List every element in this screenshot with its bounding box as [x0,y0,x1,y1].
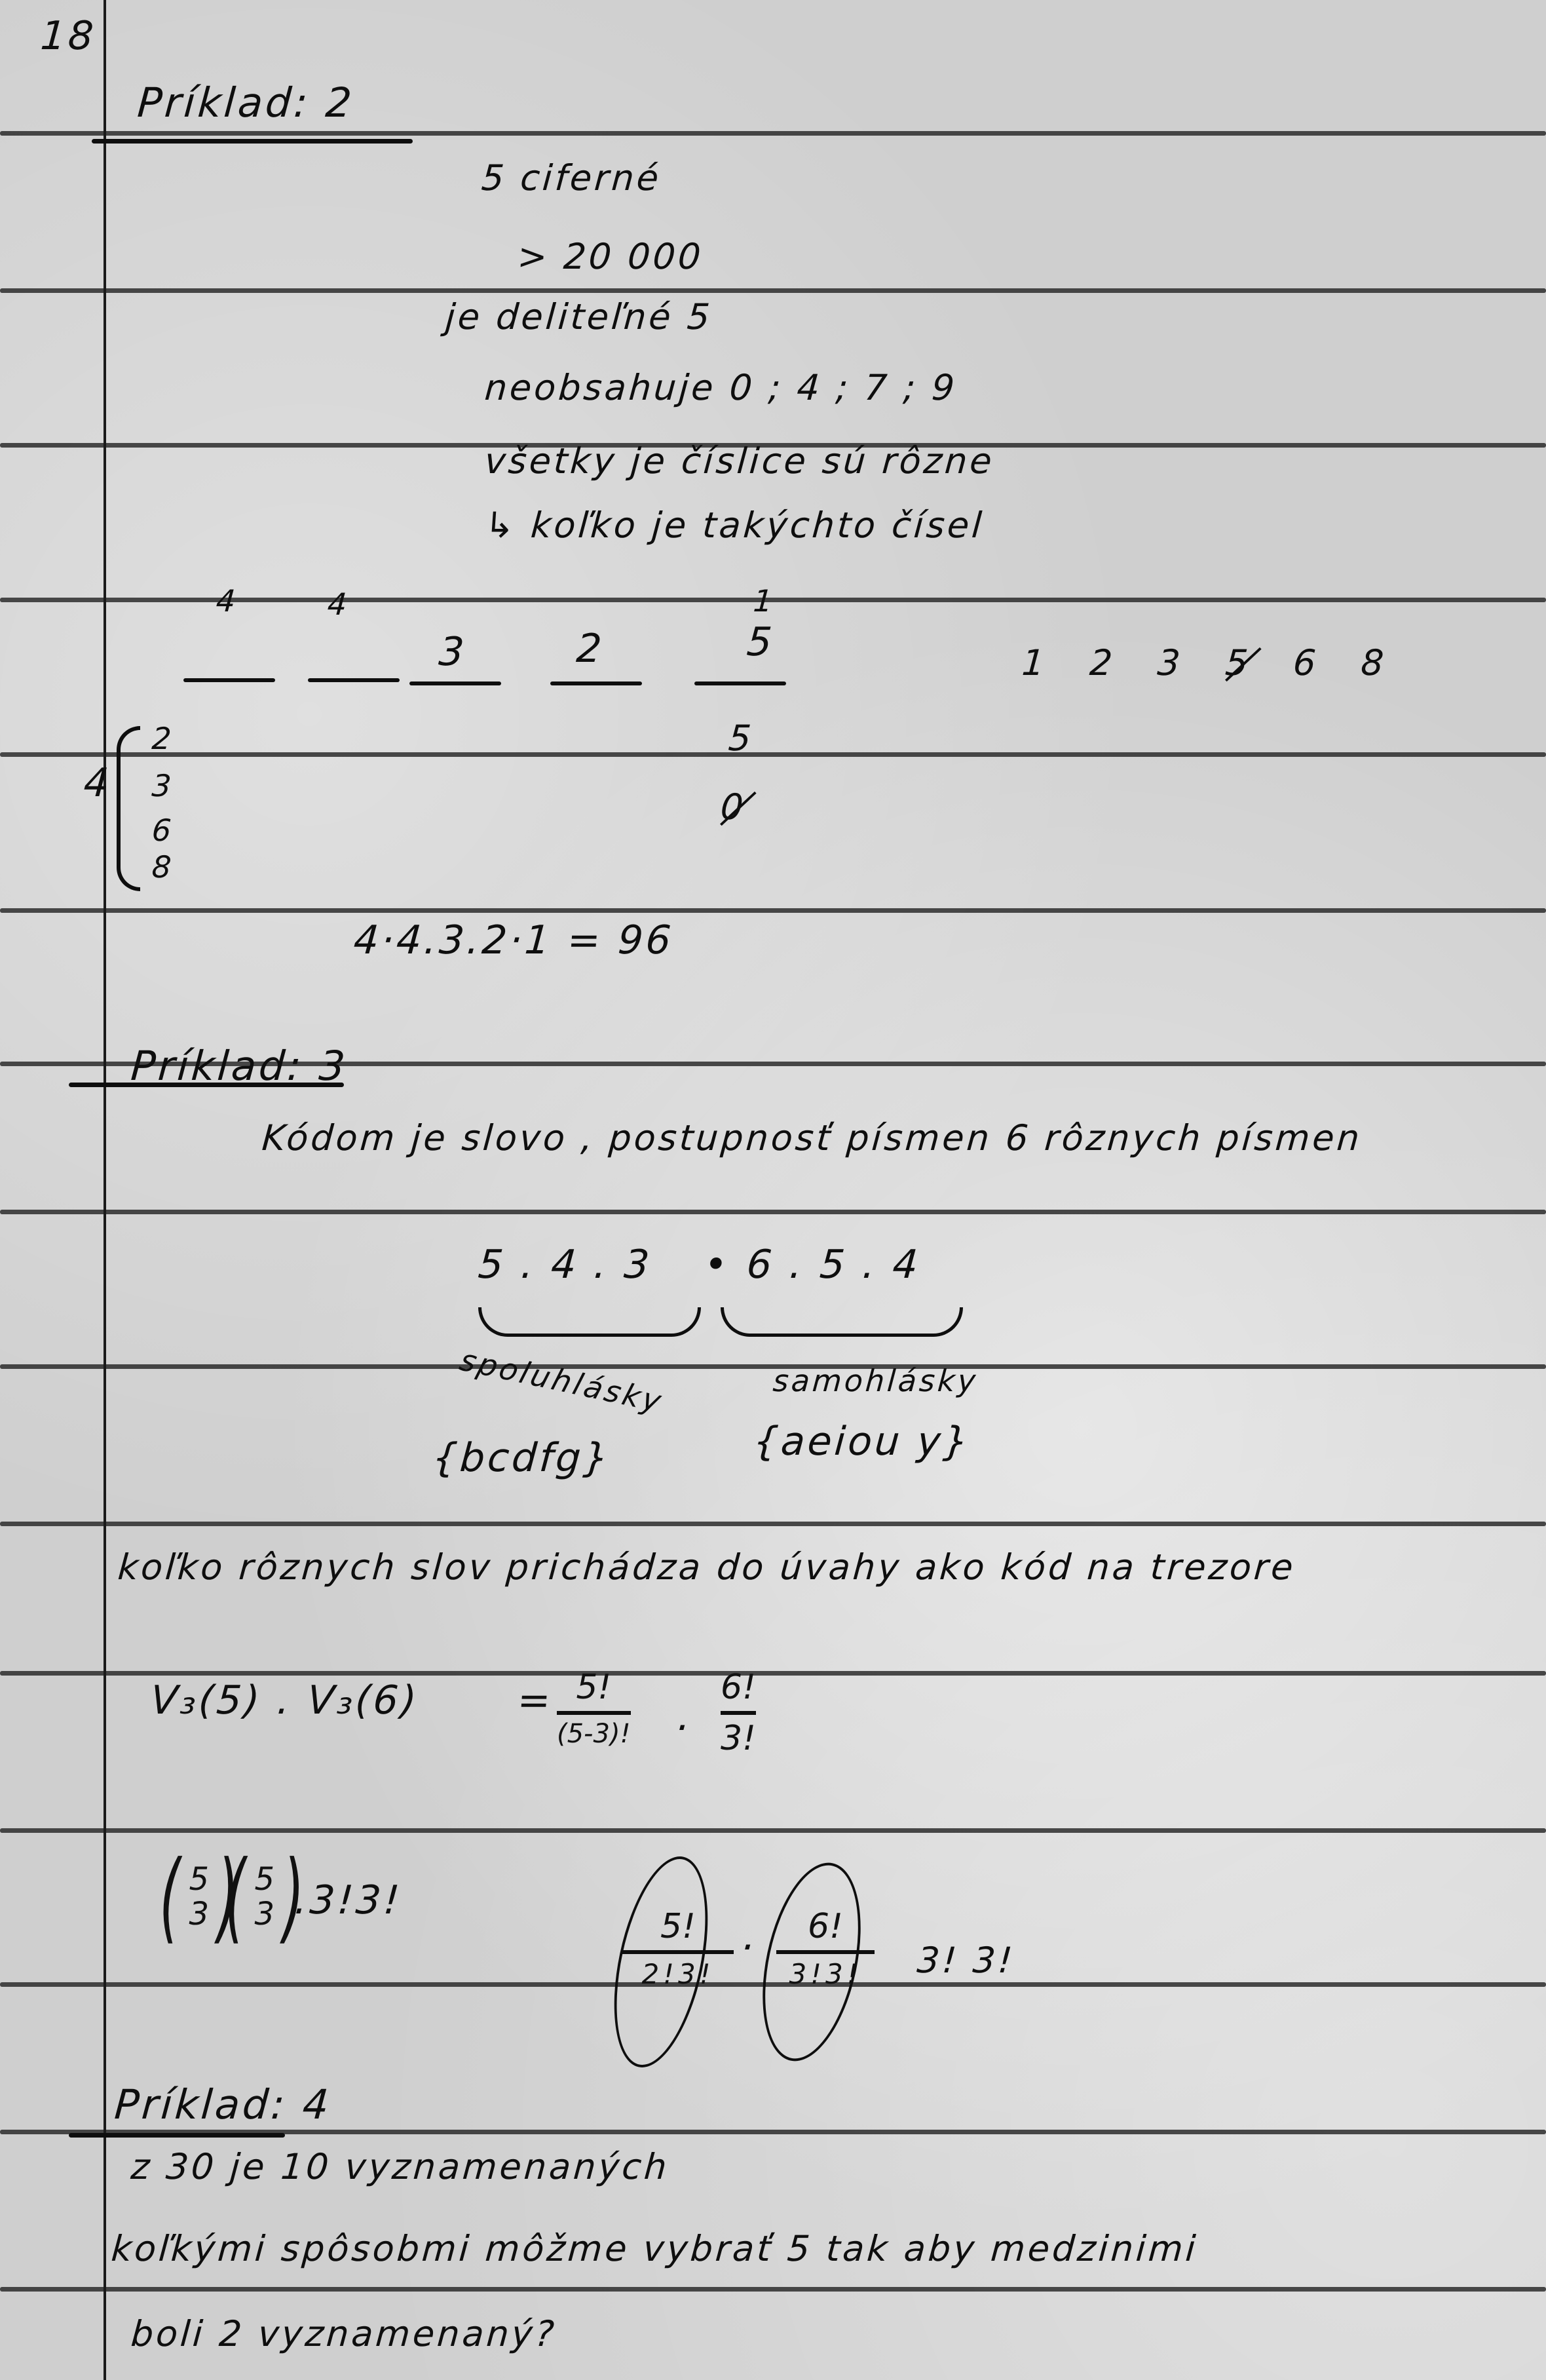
fraction-numerator: 6! [721,1668,756,1707]
ruled-line [0,2287,1546,2292]
crossed-digit: 5 [1224,642,1266,683]
label-consonants: spoluhlásky [456,1342,668,1419]
slot-count-1: 4 [215,583,239,619]
example3-question: koľko rôznych slov prichádza do úvahy ak… [117,1546,1297,1588]
fraction-denominator: 3!3! [789,1958,861,1990]
digit: 2 [1088,642,1131,683]
underbrace-consonants [478,1307,701,1337]
condition-divisible: je deliteľné 5 [444,296,714,337]
set-vowels: {aeiou y} [752,1419,973,1465]
paren: ( [225,1848,246,1946]
fraction-numerator: 5! [660,1907,696,1946]
slot-count-4: 2 [575,626,606,672]
heading-underline [92,139,413,144]
multiply-dot: . [742,1913,761,1959]
binomial-top: 5 [255,1862,275,1897]
slot-count-5: 1 [752,583,776,619]
digit: 1 [1021,642,1063,683]
first-digit-option: 8 [151,849,175,885]
product-separator: • [703,1242,732,1288]
fraction-1: 5! (5-3)! [557,1668,631,1749]
digit: 6 [1292,642,1334,683]
circled-fraction-2: 6! 3!3! [776,1907,875,1990]
example4-heading: Príklad: 4 [113,2081,333,2128]
slot-count-3: 3 [438,629,468,675]
product-vowels: 6 . 5 . 4 [745,1242,922,1288]
fraction-bar [721,1711,756,1715]
heading-underline [69,2133,285,2138]
ruled-line [0,288,1546,293]
digit-slot [183,678,275,682]
first-digit-option: 6 [151,813,175,848]
digit: 3 [1156,642,1199,683]
multiply-dot: . [677,1694,695,1740]
condition-five-digit: 5 ciferné [480,157,663,199]
label-vowels: samohlásky [772,1363,979,1398]
circled-tail: 3! 3! [916,1940,1017,1981]
notebook-page: 18 Príklad: 2 5 ciferné > 20 000 je deli… [0,0,1546,2380]
binomial-top: 5 [189,1862,210,1897]
ruled-line [0,1522,1546,1526]
digit: 8 [1359,642,1402,683]
ruled-line [0,1671,1546,1676]
heading-underline [69,1083,344,1087]
binomial-stack: 5 3 [255,1862,275,1932]
paren: ( [159,1848,180,1946]
example2-heading: Príklad: 2 [136,79,356,126]
fraction-denominator: 3! [721,1719,756,1758]
left-brace [117,726,140,891]
fraction-2: 6! 3! [721,1668,756,1758]
fraction-denominator: (5-3)! [557,1719,631,1749]
underbrace-vowels [721,1307,963,1337]
ruled-line [0,131,1546,136]
condition-distinct-digits: všetky je číslice sú rôzne [483,440,996,482]
circled-fraction-1: 5! 2!3! [622,1907,734,1990]
first-digit-count: 4 [83,760,113,806]
example4-line-1: z 30 je 10 vyznamenaných [130,2146,671,2187]
formula-equals: = [516,1678,555,1723]
ruled-line [0,1210,1546,1214]
set-consonants: {bcdfg} [431,1435,613,1481]
example2-calculation: 4·4.3.2·1 = 96 [352,917,675,963]
fraction-denominator: 2!3! [641,1958,714,1990]
digit-slot [550,681,642,685]
page-number: 18 [39,13,98,59]
fraction-bar [622,1950,734,1954]
binomial-bottom: 3 [255,1897,275,1932]
digit-slot [694,681,786,685]
last-digit-option-crossed: 0 [719,786,747,828]
ruled-line [0,752,1546,757]
digit-slot [308,678,400,682]
ruled-line [0,908,1546,913]
binomial-bottom: 3 [189,1897,210,1932]
example4-line-2: koľkými spôsobmi môžme vybrať 5 tak aby … [110,2228,1199,2269]
slot-count-2: 4 [326,586,350,622]
margin-line [104,0,106,2380]
binomial-tail: .3!3! [293,1877,404,1923]
first-digit-option: 2 [151,721,175,756]
digit-slot [409,681,501,685]
fraction-bar [557,1711,631,1715]
ruled-line [0,1828,1546,1833]
condition-excluded-digits: neobsahuje 0 ; 4 ; 7 ; 9 [483,367,958,408]
product-consonants: 5 . 4 . 3 [477,1242,654,1288]
binomial-stack: 5 3 [189,1862,210,1932]
ruled-line [0,1364,1546,1369]
question-how-many: ↳ koľko je takýchto čísel [483,505,986,546]
example4-line-3: boli 2 vyznamenaný? [130,2313,558,2354]
last-digit-option: 5 [727,718,755,759]
formula-left: V₃(5) . V₃(6) [149,1678,421,1723]
example3-statement: Kódom je slovo , postupnosť písmen 6 rôz… [261,1117,1363,1159]
fraction-bar [776,1950,875,1954]
condition-greater-than: > 20 000 [516,236,705,277]
fraction-numerator: 5! [576,1668,611,1707]
slot-last-digit: 5 [745,619,776,665]
available-digits: 1 2 3 5 6 8 [1021,642,1402,683]
fraction-numerator: 6! [808,1907,843,1946]
first-digit-option: 3 [151,768,175,803]
